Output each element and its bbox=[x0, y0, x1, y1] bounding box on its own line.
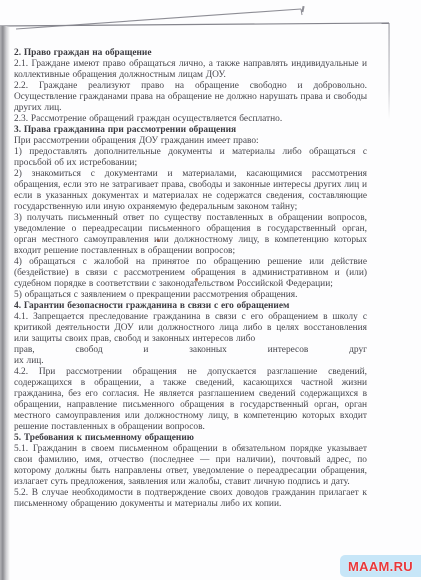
paragraph-2-2: 2.2. Граждане реализуют право на обращен… bbox=[14, 81, 367, 114]
section-5-heading: 5. Требования к письменному обращению bbox=[14, 433, 367, 444]
section-3-heading: 3. Права гражданина при рассмотрении обр… bbox=[14, 125, 367, 136]
list-item-2: 2) знакомиться с документами и материала… bbox=[14, 169, 367, 213]
list-item-3: 3) получать письменный ответ по существу… bbox=[14, 213, 367, 257]
section-3-intro: При рассмотрении обращения ДОУ гражданин… bbox=[14, 136, 367, 147]
paragraph-2-1: 2.1. Граждане имеют право обращаться лич… bbox=[14, 59, 367, 81]
paragraph-4-1: 4.1. Запрещается преследование гражданин… bbox=[14, 312, 367, 345]
scanned-document-page: 2. Право граждан на обращение 2.1. Гражд… bbox=[0, 0, 421, 580]
maam-watermark-text: MAAM.RU bbox=[348, 559, 413, 574]
paragraph-4-1-last-line: их лиц. bbox=[14, 356, 367, 367]
maam-watermark-badge: MAAM.RU bbox=[340, 555, 421, 577]
paragraph-2-3: 2.3. Рассмотрение обращений граждан осущ… bbox=[14, 114, 367, 125]
paragraph-5-2: 5.2. В случае необходимости в подтвержде… bbox=[14, 488, 367, 510]
section-4-heading: 4. Гарантии безопасности гражданина в св… bbox=[14, 301, 367, 312]
paragraph-4-2: 4.2. При рассмотрении обращения не допус… bbox=[14, 367, 367, 433]
document-body: 2. Право граждан на обращение 2.1. Гражд… bbox=[14, 48, 367, 510]
section-2-heading: 2. Право граждан на обращение bbox=[14, 48, 367, 59]
list-item-5: 5) обращаться с заявлением о прекращении… bbox=[14, 290, 367, 301]
list-item-4: 4) обращаться с жалобой на принятое по о… bbox=[14, 257, 367, 290]
paragraph-4-1-stretched-line: прав, свобод и законных интересов друг bbox=[14, 345, 367, 356]
scanner-shadow-left-edge bbox=[0, 26, 10, 580]
paragraph-5-1: 5.1. Гражданин в своем письменном обраще… bbox=[14, 444, 367, 488]
list-item-1: 1) предоставлять дополнительные документ… bbox=[14, 147, 367, 169]
scan-speck bbox=[301, 6, 304, 12]
